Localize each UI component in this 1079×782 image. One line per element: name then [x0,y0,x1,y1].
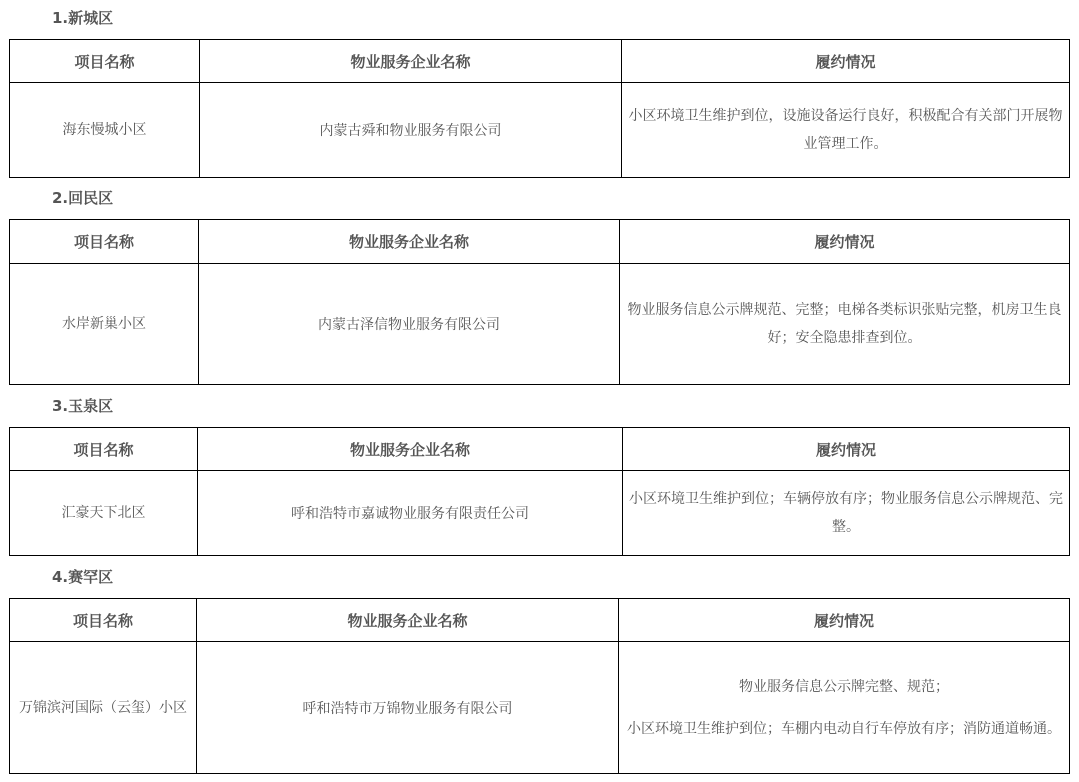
performance-cell: 物业服务信息公示牌完整、规范； 小区环境卫生维护到位；车棚内电动自行车停放有序；… [619,642,1070,774]
table-row: 海东慢城小区 内蒙古舜和物业服务有限公司 小区环境卫生维护到位，设施设备运行良好… [10,83,1070,178]
column-header-project: 项目名称 [10,220,199,264]
project-name-cell: 万锦滨河国际（云玺）小区 [10,642,197,774]
table-saihan: 项目名称 物业服务企业名称 履约情况 万锦滨河国际（云玺）小区 呼和浩特市万锦物… [9,598,1070,774]
performance-cell: 小区环境卫生维护到位；车辆停放有序；物业服务信息公示牌规范、完整。 [623,471,1070,556]
column-header-performance: 履约情况 [622,40,1070,83]
performance-cell: 小区环境卫生维护到位，设施设备运行良好，积极配合有关部门开展物业管理工作。 [622,83,1070,178]
performance-cell: 物业服务信息公示牌规范、完整；电梯各类标识张贴完整，机房卫生良好；安全隐患排查到… [620,264,1070,385]
section-title-huimin: 2.回民区 [52,188,113,208]
performance-line-2: 小区环境卫生维护到位；车棚内电动自行车停放有序；消防通道畅通。 [625,708,1063,750]
section-title-yuquan: 3.玉泉区 [52,396,113,416]
column-header-performance: 履约情况 [620,220,1070,264]
company-name-cell: 呼和浩特市万锦物业服务有限公司 [197,642,619,774]
table-row: 汇豪天下北区 呼和浩特市嘉诚物业服务有限责任公司 小区环境卫生维护到位；车辆停放… [10,471,1070,556]
column-header-project: 项目名称 [10,40,200,83]
table-header-row: 项目名称 物业服务企业名称 履约情况 [10,428,1070,471]
column-header-performance: 履约情况 [623,428,1070,471]
table-xincheng: 项目名称 物业服务企业名称 履约情况 海东慢城小区 内蒙古舜和物业服务有限公司 … [9,39,1070,178]
project-name-cell: 水岸新巢小区 [10,264,199,385]
project-name-cell: 海东慢城小区 [10,83,200,178]
section-title-xincheng: 1.新城区 [52,8,113,28]
column-header-company: 物业服务企业名称 [200,40,622,83]
table-row: 万锦滨河国际（云玺）小区 呼和浩特市万锦物业服务有限公司 物业服务信息公示牌完整… [10,642,1070,774]
company-name-cell: 内蒙古舜和物业服务有限公司 [200,83,622,178]
column-header-project: 项目名称 [10,599,197,642]
column-header-performance: 履约情况 [619,599,1070,642]
table-header-row: 项目名称 物业服务企业名称 履约情况 [10,599,1070,642]
table-yuquan: 项目名称 物业服务企业名称 履约情况 汇豪天下北区 呼和浩特市嘉诚物业服务有限责… [9,427,1070,556]
section-title-saihan: 4.赛罕区 [52,567,113,587]
company-name-cell: 呼和浩特市嘉诚物业服务有限责任公司 [198,471,623,556]
column-header-project: 项目名称 [10,428,198,471]
table-header-row: 项目名称 物业服务企业名称 履约情况 [10,40,1070,83]
column-header-company: 物业服务企业名称 [199,220,620,264]
table-row: 水岸新巢小区 内蒙古泽信物业服务有限公司 物业服务信息公示牌规范、完整；电梯各类… [10,264,1070,385]
table-header-row: 项目名称 物业服务企业名称 履约情况 [10,220,1070,264]
table-huimin: 项目名称 物业服务企业名称 履约情况 水岸新巢小区 内蒙古泽信物业服务有限公司 … [9,219,1070,385]
column-header-company: 物业服务企业名称 [197,599,619,642]
column-header-company: 物业服务企业名称 [198,428,623,471]
company-name-cell: 内蒙古泽信物业服务有限公司 [199,264,620,385]
performance-line-1: 物业服务信息公示牌完整、规范； [625,666,1063,708]
project-name-cell: 汇豪天下北区 [10,471,198,556]
